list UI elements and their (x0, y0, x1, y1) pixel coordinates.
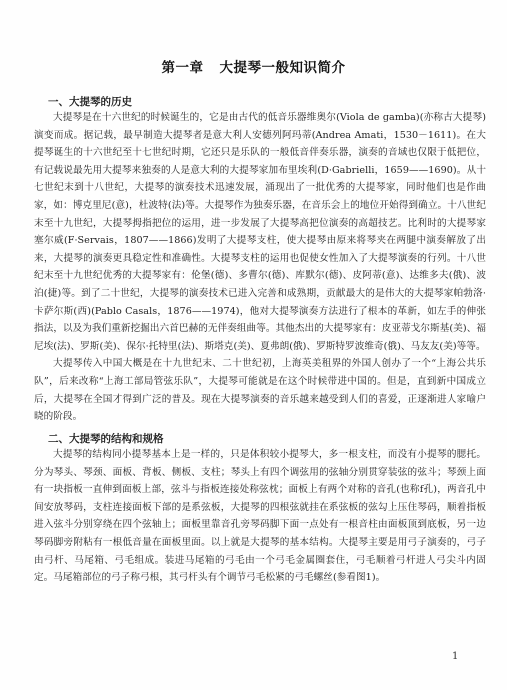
section-heading: 一、大提琴的历史 (48, 95, 486, 109)
chapter-number: 第一章 (162, 60, 204, 76)
chapter-title: 第一章大提琴一般知识简介 (0, 56, 507, 76)
section-heading: 二、大提琴的结构和规格 (48, 432, 486, 446)
paragraph: 大提琴的结构同小提琴基本上是一样的，只是体积较小提琴大，多一根支柱，而没有小提琴… (34, 446, 486, 587)
section-structure: 二、大提琴的结构和规格 大提琴的结构同小提琴基本上是一样的，只是体积较小提琴大，… (34, 432, 486, 587)
document-page: 第一章大提琴一般知识简介 一、大提琴的历史 大提琴是在十六世纪的时候诞生的，它是… (0, 0, 507, 690)
section-history: 一、大提琴的历史 大提琴是在十六世纪的时候诞生的，它是由古代的低音乐器维奥尔(V… (34, 95, 486, 426)
page-number: 1 (452, 651, 458, 662)
paragraph: 大提琴是在十六世纪的时候诞生的，它是由古代的低音乐器维奥尔(Viola de g… (34, 109, 486, 355)
chapter-heading: 大提琴一般知识简介 (220, 60, 346, 76)
paragraph: 大提琴传入中国大概是在十九世纪末、二十世纪初，上海英美租界的外国人创办了一个“上… (34, 355, 486, 425)
